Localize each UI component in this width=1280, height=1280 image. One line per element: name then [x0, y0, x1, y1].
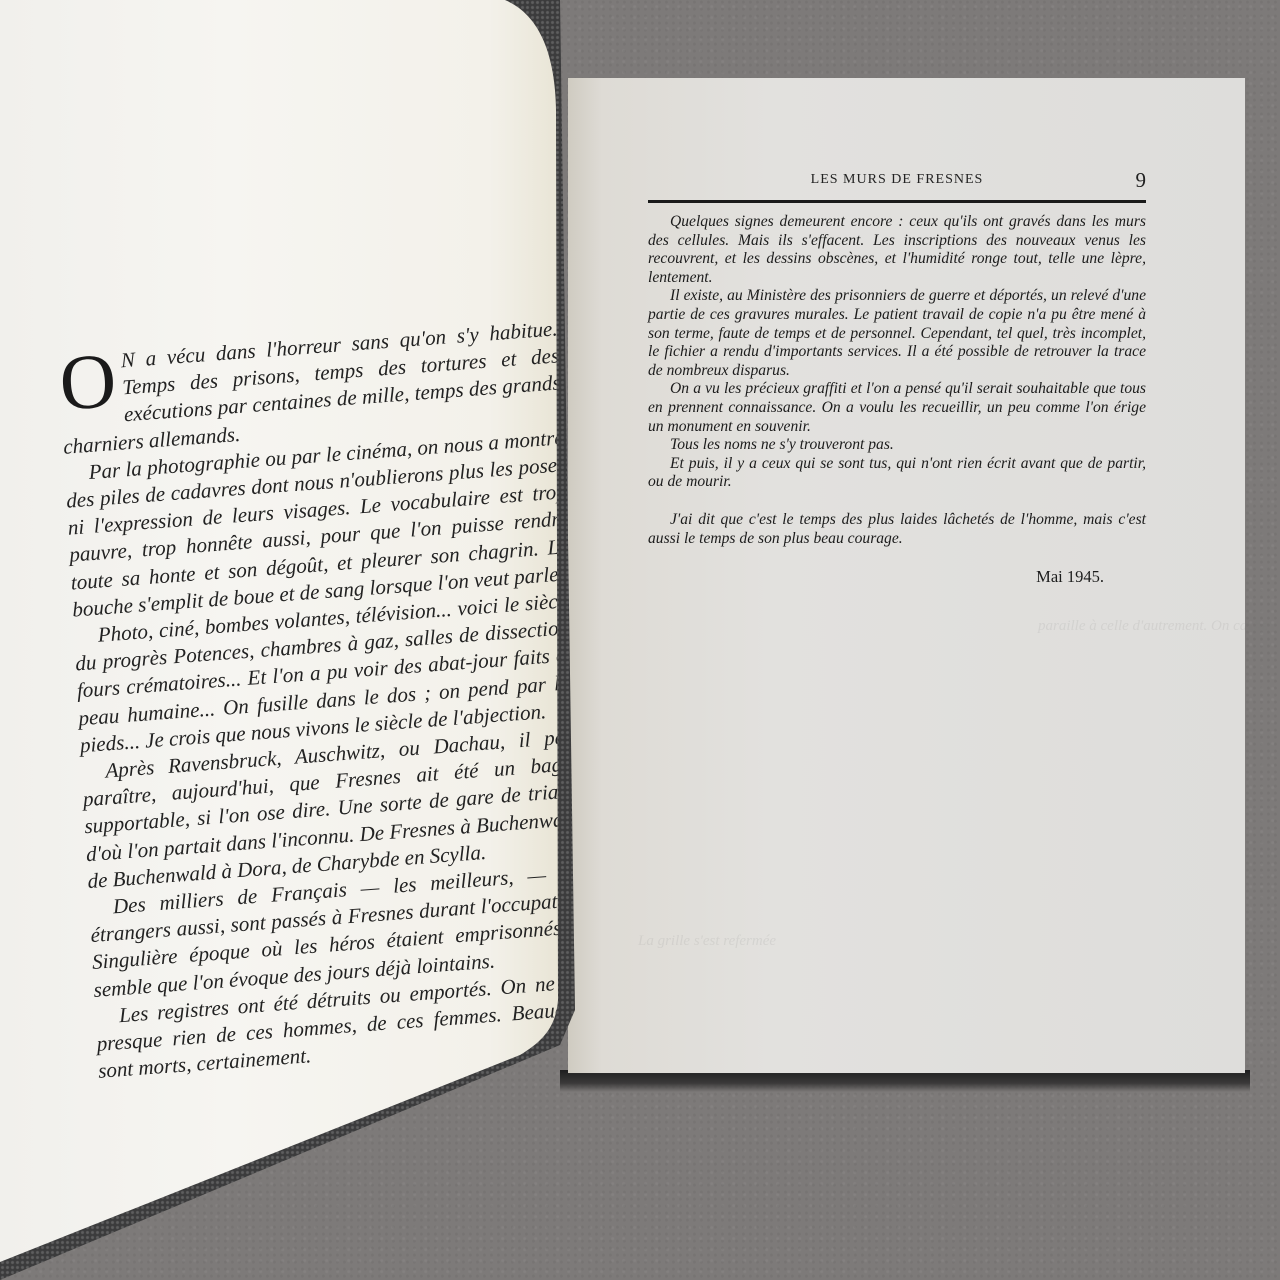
paragraph: On a vu les précieux graffiti et l'on a … [648, 380, 1146, 436]
date-line: Mai 1945. [648, 568, 1146, 587]
paragraph: Et puis, il y a ceux qui se sont tus, qu… [648, 455, 1146, 492]
running-header: LES MURS DE FRESNES 9 [648, 170, 1146, 203]
right-page: paraille à celle d'autrement. On cache L… [568, 78, 1245, 1073]
book-cover-bottom-edge [560, 1070, 1250, 1092]
paragraph: Il existe, au Ministère des prisonniers … [648, 287, 1146, 380]
open-book-photo: paraille à celle d'autrement. On cache L… [0, 0, 1280, 1280]
running-title: LES MURS DE FRESNES [648, 172, 1146, 188]
left-page-body: ON a vécu dans l'horreur sans qu'on s'y … [58, 315, 598, 1085]
paragraph: Tous les noms ne s'y trouveront pas. [648, 436, 1146, 455]
paragraph: Quelques signes demeurent encore : ceux … [648, 213, 1146, 287]
show-through-text: paraille à celle d'autrement. On cache [1038, 618, 1268, 635]
drop-cap: O [58, 350, 118, 414]
left-page: ON a vécu dans l'horreur sans qu'on s'y … [0, 0, 575, 1280]
right-page-body: Quelques signes demeurent encore : ceux … [648, 213, 1146, 587]
page-number: 9 [1136, 168, 1147, 193]
show-through-text: La grille s'est refermée [638, 933, 776, 950]
closing-paragraph: J'ai dit que c'est le temps des plus lai… [648, 511, 1146, 548]
